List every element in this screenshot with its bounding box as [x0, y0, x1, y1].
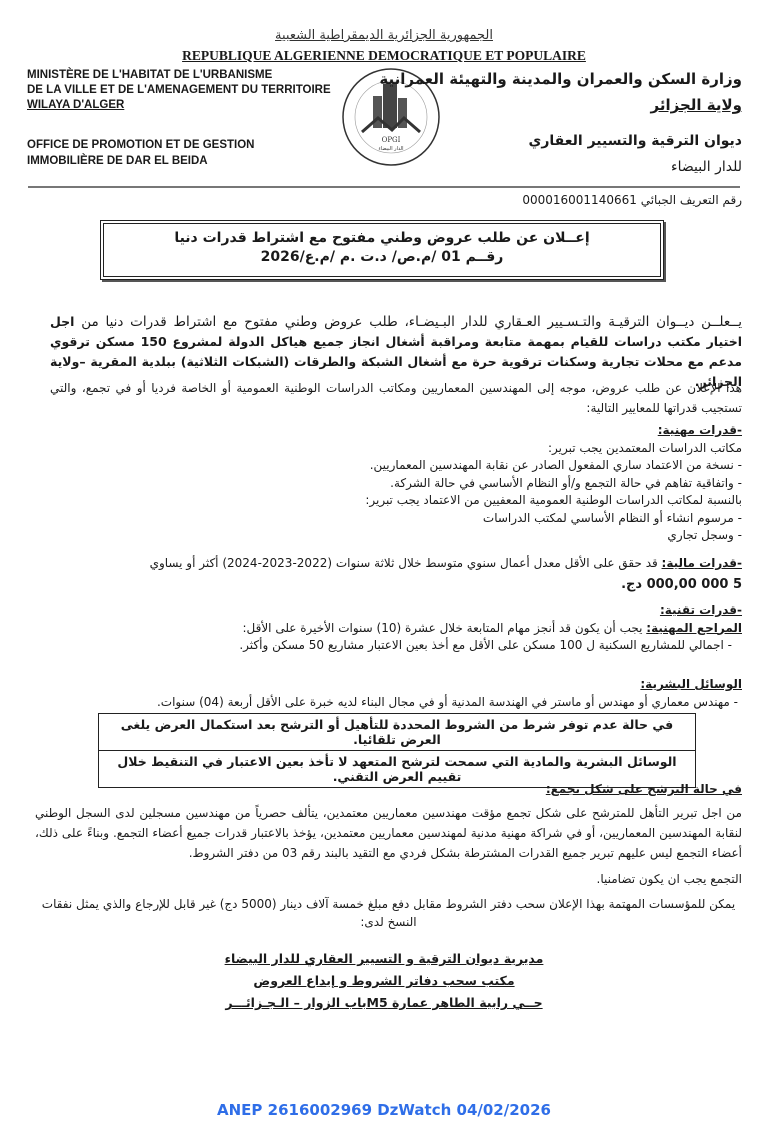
- header-ar-republic: الجمهورية الجزائرية الديمقراطية الشعبية: [0, 28, 768, 43]
- header-fr-republic-text: REPUBLIQUE ALGERIENNE DEMOCRATIQUE ET PO…: [182, 48, 586, 63]
- fr-office-line2: IMMOBILIÈRE DE DAR EL BEIDA: [27, 153, 254, 169]
- header-ar-republic-text: الجمهورية الجزائرية الديمقراطية الشعبية: [275, 28, 493, 43]
- tax-id: رقم التعريف الجبائي 000016001140661: [522, 193, 742, 207]
- financial-amount: 5 000 000,00 دج.: [40, 574, 742, 596]
- tax-id-label: رقم التعريف الجبائي: [641, 193, 742, 207]
- grouping-section: في حالة الترشح على شكل تجمع: من اجل تبري…: [35, 779, 742, 889]
- warning-box: في حالة عدم توفر شرط من الشروط المحددة ل…: [98, 713, 696, 788]
- financial-capacities: -قدرات مالية: قد حقق على الأقل معدل أعما…: [40, 552, 742, 596]
- refs-text: يجب أن يكون قد أنجز مهام المتابعة خلال ع…: [242, 621, 646, 635]
- tax-id-value: 000016001140661: [522, 193, 637, 207]
- grouping-text: من اجل تبرير التأهل للمترشح على شكل تجمع…: [35, 803, 742, 863]
- fr-ministry-block: MINISTÈRE DE L'HABITAT DE L'URBANISME DE…: [27, 68, 331, 113]
- fr-wilaya: WILAYA D'ALGER: [27, 98, 331, 113]
- announcement-title-box: إعــلان عن طلب عروض وطني مفتوح مع اشتراط…: [100, 220, 664, 280]
- technical-capacities: -قدرات تقنية: المراجع المهنية: يجب أن يك…: [239, 602, 742, 655]
- ar-ministry: وزارة السكن والعمران والمدينة والتهيئة ا…: [379, 66, 742, 92]
- ar-office-line2: للدار البيضاء: [529, 154, 742, 180]
- fr-ministry-line1: MINISTÈRE DE L'HABITAT DE L'URBANISME: [27, 68, 331, 83]
- svg-text:OPGI: OPGI: [382, 136, 401, 144]
- warning-line: في حالة عدم توفر شرط من الشروط المحددة ل…: [99, 714, 695, 750]
- ar-office-block: ديوان الترقية والتسيير العقاري للدار الب…: [529, 128, 742, 180]
- fr-office-block: OFFICE DE PROMOTION ET DE GESTION IMMOBI…: [27, 137, 254, 169]
- professional-line: - نسخة من الاعتماد ساري المفعول الصادر ع…: [365, 457, 742, 475]
- technical-heading: -قدرات تقنية:: [239, 602, 742, 620]
- audience-paragraph: هذا الإعلان عن طلب عروض، موجه إلى المهند…: [50, 378, 742, 418]
- anep-footer: ANEP 2616002969 DzWatch 04/02/2026: [0, 1101, 768, 1119]
- human-heading: الوسائل البشرية:: [157, 676, 742, 694]
- human-item: - مهندس معماري أو مهندس أو ماستر في الهن…: [157, 694, 742, 712]
- professional-heading: -قدرات مهنية:: [365, 422, 742, 440]
- ar-wilaya: ولاية الجزائر: [379, 92, 742, 118]
- professional-line: - واتفاقية تفاهم في حالة التجمع و/أو الن…: [365, 475, 742, 493]
- human-resources: الوسائل البشرية: - مهندس معماري أو مهندس…: [157, 676, 742, 711]
- professional-line: بالنسبة لمكاتب الدراسات الوطنية العمومية…: [365, 492, 742, 510]
- refs-item: - اجمالي للمشاريع السكنية ل 100 مسكن على…: [239, 637, 742, 655]
- refs-heading: المراجع المهنية:: [646, 621, 742, 635]
- professional-line: - مرسوم انشاء أو النظام الأساسي لمكتب ال…: [365, 510, 742, 528]
- financial-heading: -قدرات مالية:: [662, 556, 742, 570]
- ar-ministry-block: وزارة السكن والعمران والمدينة والتهيئة ا…: [379, 66, 742, 118]
- announcement-number: رقــم 01 /م.ص/ د.ت .م /م.ع/2026: [104, 249, 660, 265]
- fr-ministry-line2: DE LA VILLE ET DE L'AMENAGEMENT DU TERRI…: [27, 83, 331, 98]
- header-divider: [28, 186, 740, 188]
- address-line1: مديرية ديوان الترقية و التسيير العقاري ل…: [225, 951, 544, 966]
- professional-line: - وسجل تجاري: [365, 527, 742, 545]
- ar-office-line1: ديوان الترقية والتسيير العقاري: [529, 128, 742, 154]
- grouping-solidarity: التجمع يجب ان يكون تضامنيا.: [35, 869, 742, 889]
- address-line3: حــي رابية الطاهر عمارة M5باب الزوار – ا…: [225, 995, 542, 1010]
- fr-office-line1: OFFICE DE PROMOTION ET DE GESTION: [27, 137, 254, 153]
- announcement-title: إعــلان عن طلب عروض وطني مفتوح مع اشتراط…: [104, 230, 660, 246]
- professional-line: مكاتب الدراسات المعتمدين يجب تبرير:: [365, 440, 742, 458]
- header-fr-republic: REPUBLIQUE ALGERIENNE DEMOCRATIQUE ET PO…: [0, 48, 768, 64]
- grouping-heading: في حالة الترشح على شكل تجمع:: [35, 779, 742, 799]
- professional-capacities: -قدرات مهنية: مكاتب الدراسات المعتمدين ي…: [365, 422, 742, 545]
- intro-part1: يــعلــن ديــوان الترقيـة والتـسـيير الع…: [74, 314, 742, 330]
- address-block: مديرية ديوان الترقية و التسيير العقاري ل…: [0, 948, 768, 1014]
- address-line2: مكتب سحب دفاتر الشروط و إيداع العروض: [253, 973, 514, 988]
- svg-text:الدار البيضاء: الدار البيضاء: [378, 146, 403, 152]
- withdrawal-paragraph: يمكن للمؤسسات المهتمة بهذا الإعلان سحب د…: [35, 895, 742, 931]
- financial-text: قد حقق على الأقل معدل أعمال سنوي متوسط خ…: [150, 556, 662, 570]
